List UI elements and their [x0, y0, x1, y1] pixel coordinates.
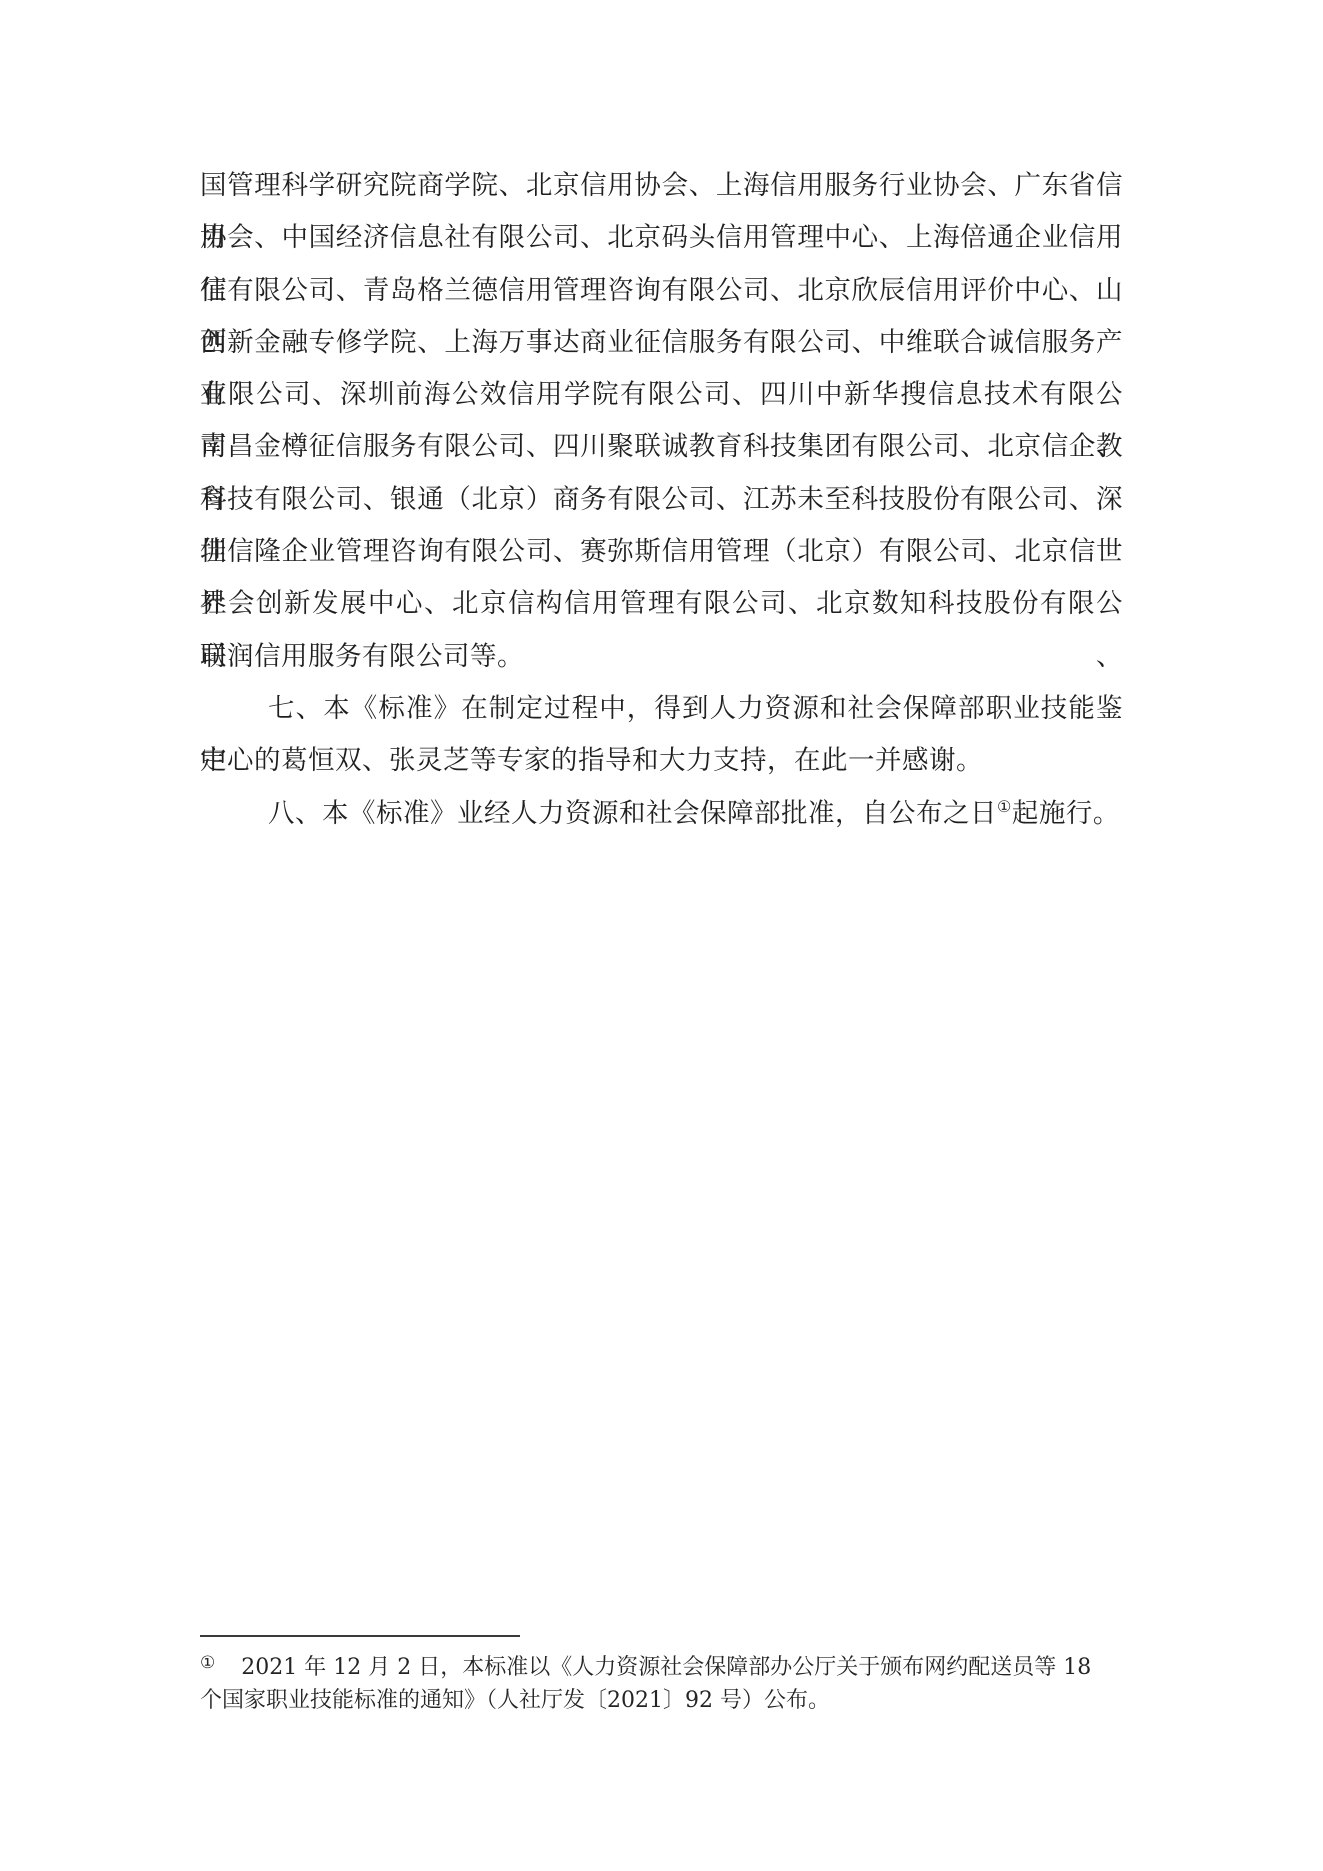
- text-line-item-seven: 七、本《标准》在制定过程中，得到人力资源和社会保障部职业技能鉴定: [200, 683, 1123, 735]
- footnote-text: 2021 年 12 月 2 日，本标准以《人力资源社会保障部办公厅关于颁布网约配…: [241, 1655, 1091, 1680]
- text-segment: 起施行。: [1012, 798, 1120, 829]
- text-line: 社会创新发展中心、北京信构信用管理有限公司、北京数知科技股份有限公司、: [200, 578, 1123, 630]
- text-segment: 八、本《标准》业经人力资源和社会保障部批准，自公布之日: [268, 798, 997, 829]
- text-line: 南昌金樽征信服务有限公司、四川聚联诚教育科技集团有限公司、北京信企教育: [200, 421, 1123, 473]
- document-page: 国管理科学研究院商学院、北京信用协会、上海信用服务行业协会、广东省信用 协会、中…: [0, 0, 1323, 1871]
- text-line: 科技有限公司、银通（北京）商务有限公司、江苏未至科技股份有限公司、深圳: [200, 474, 1123, 526]
- text-line: 创新金融专修学院、上海万事达商业征信服务有限公司、中维联合诚信服务产业: [200, 317, 1123, 369]
- footnote-marker: ①: [200, 1653, 215, 1673]
- text-line: 佳信隆企业管理咨询有限公司、赛弥斯信用管理（北京）有限公司、北京信世界: [200, 526, 1123, 578]
- footnote-text: 个国家职业技能标准的通知》（人社厅发〔2021〕92 号）公布。: [200, 1688, 830, 1713]
- text-line: 信有限公司、青岛格兰德信用管理咨询有限公司、北京欣辰信用评价中心、山西: [200, 265, 1123, 317]
- footnote: ①2021 年 12 月 2 日，本标准以《人力资源社会保障部办公厅关于颁布网约…: [200, 1647, 1140, 1717]
- footnote-reference-mark: ①: [997, 797, 1012, 816]
- body-text: 国管理科学研究院商学院、北京信用协会、上海信用服务行业协会、广东省信用 协会、中…: [200, 160, 1123, 840]
- text-line: 国管理科学研究院商学院、北京信用协会、上海信用服务行业协会、广东省信用: [200, 160, 1123, 212]
- text-line-item-eight: 八、本《标准》业经人力资源和社会保障部批准，自公布之日①起施行。: [200, 788, 1123, 840]
- text-line: 中心的葛恒双、张灵芝等专家的指导和大力支持，在此一并感谢。: [200, 735, 1123, 787]
- footnote-line: 个国家职业技能标准的通知》（人社厅发〔2021〕92 号）公布。: [200, 1684, 1140, 1717]
- footnote-line: ①2021 年 12 月 2 日，本标准以《人力资源社会保障部办公厅关于颁布网约…: [200, 1647, 1140, 1684]
- text-line: 协会、中国经济信息社有限公司、北京码头信用管理中心、上海倍通企业信用征: [200, 212, 1123, 264]
- footnote-separator: [200, 1635, 520, 1637]
- text-line: 有限公司、深圳前海公效信用学院有限公司、四川中新华搜信息技术有限公司、: [200, 369, 1123, 421]
